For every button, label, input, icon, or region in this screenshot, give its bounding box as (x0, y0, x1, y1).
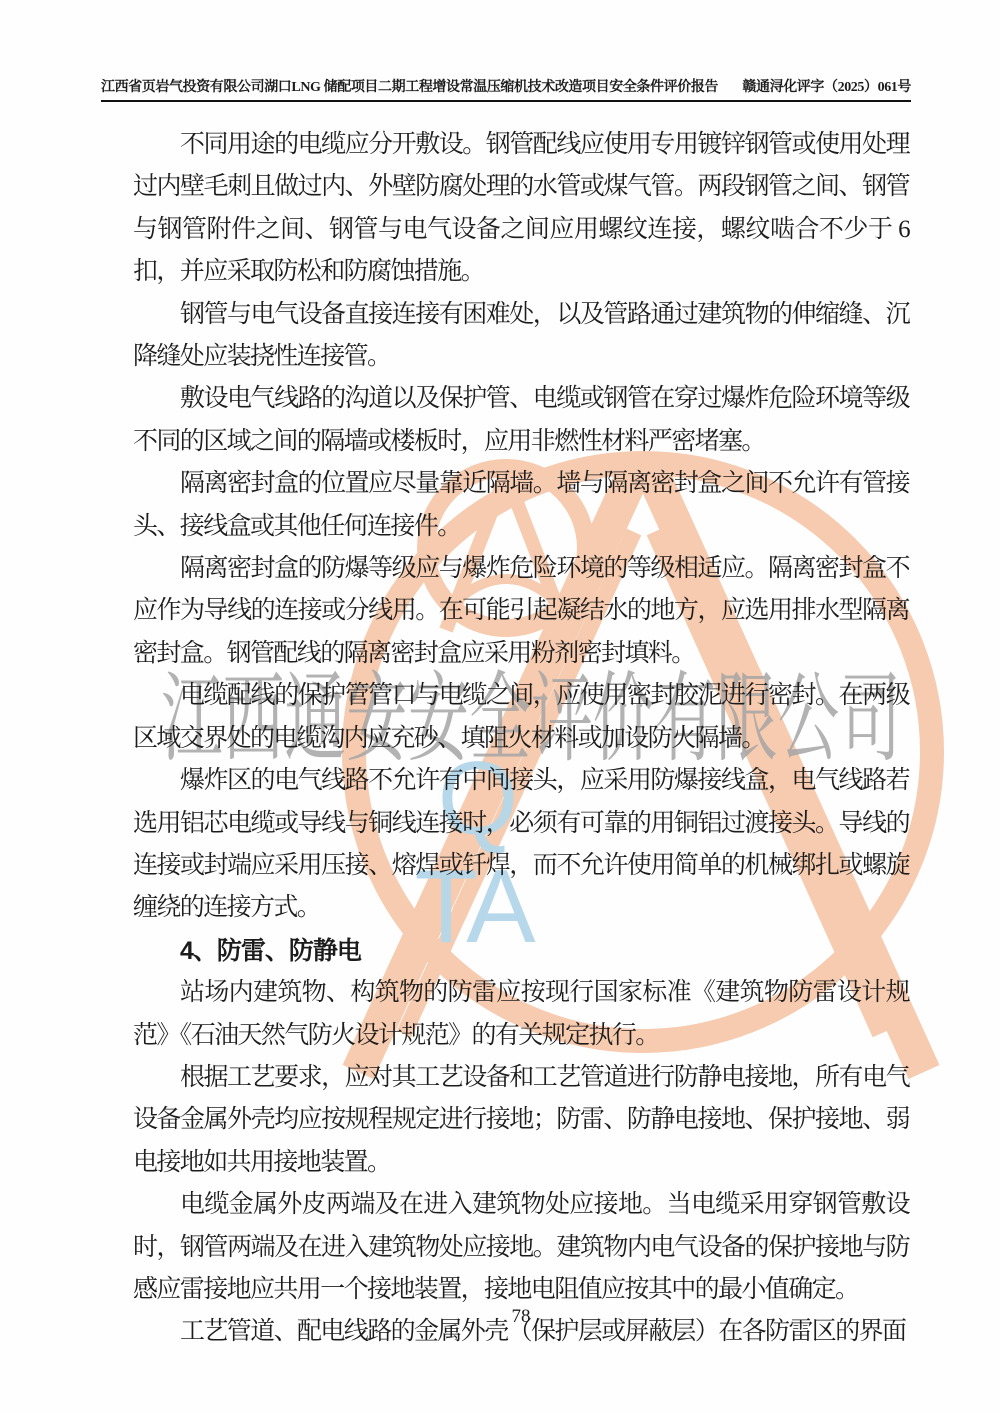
document-page: 江西通安安全评价有限公司 Q TA 江西省页岩气投资有限公司湖口LNG 储配项目… (0, 0, 1000, 1414)
paragraph: 钢管与电气设备直接连接有困难处，以及管路通过建筑物的伸缩缝、沉降缝处应装挠性连接… (133, 294, 909, 379)
paragraph: 隔离密封盒的位置应尽量靠近隔墙。墙与隔离密封盒之间不允许有管接头、接线盒或其他任… (133, 463, 909, 548)
paragraph: 根据工艺要求，应对其工艺设备和工艺管道进行防静电接地，所有电气设备金属外壳均应按… (133, 1057, 909, 1184)
paragraph: 电缆配线的保护管管口与电缆之间，应使用密封胶泥进行密封。在两级区域交界处的电缆沟… (133, 675, 909, 760)
report-body: 不同用途的电缆应分开敷设。钢管配线应使用专用镀锌钢管或使用处理过内壁毛刺且做过内… (133, 124, 909, 1354)
paragraph: 不同用途的电缆应分开敷设。钢管配线应使用专用镀锌钢管或使用处理过内壁毛刺且做过内… (133, 124, 909, 294)
header-document-number: 赣通浔化评字（2025）061号 (742, 76, 911, 96)
paragraph: 爆炸区的电气线路不允许有中间接头，应采用防爆接线盒，电气线路若选用铝芯电缆或导线… (133, 760, 909, 930)
page-header: 江西省页岩气投资有限公司湖口LNG 储配项目二期工程增设常温压缩机技术改造项目安… (101, 76, 911, 102)
paragraph: 敷设电气线路的沟道以及保护管、电缆或钢管在穿过爆炸危险环境等级不同的区域之间的隔… (133, 378, 909, 463)
paragraph: 隔离密封盒的防爆等级应与爆炸危险环境的等级相适应。隔离密封盒不应作为导线的连接或… (133, 548, 909, 675)
page-number: 78 (133, 1306, 909, 1328)
section-heading: 4、防雷、防静电 (133, 930, 909, 972)
paragraph: 电缆金属外皮两端及在进入建筑物处应接地。当电缆采用穿钢管敷设时，钢管两端及在进入… (133, 1184, 909, 1311)
paragraph: 站场内建筑物、构筑物的防雷应按现行国家标准《建筑物防雷设计规范》《石油天然气防火… (133, 972, 909, 1057)
header-report-title: 江西省页岩气投资有限公司湖口LNG 储配项目二期工程增设常温压缩机技术改造项目安… (101, 76, 718, 96)
